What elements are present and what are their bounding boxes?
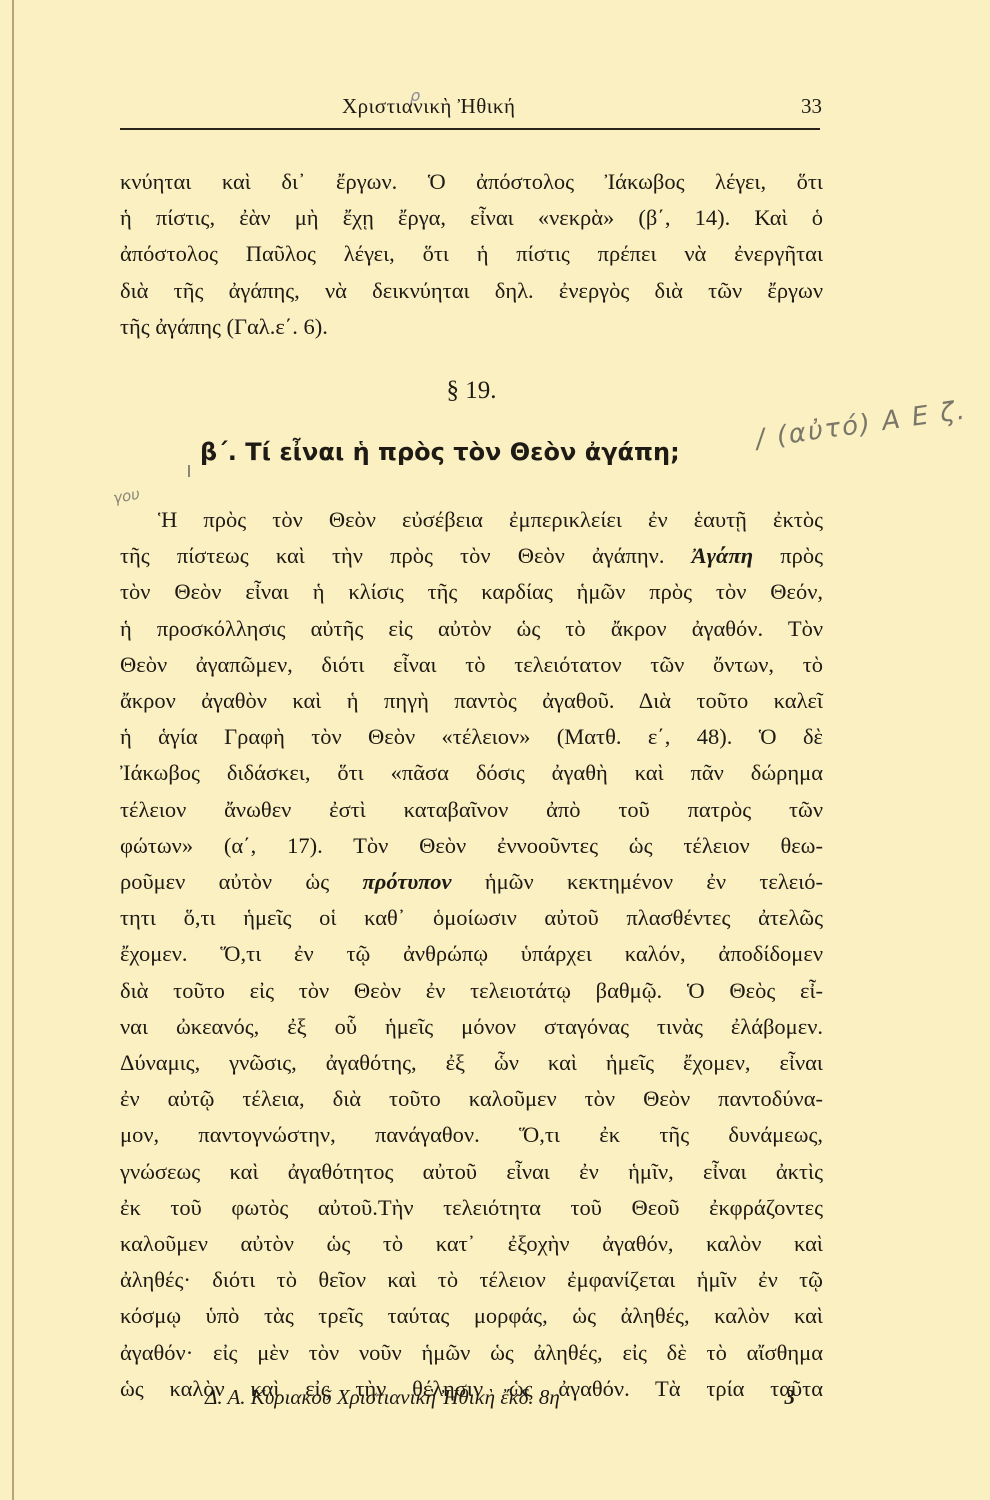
text-line: τέλειον ἄνωθεν ἐστὶ καταβαῖνον ἀπὸ τοῦ π…: [120, 792, 823, 828]
text-line: γνώσεως καὶ ἀγαθότητος αὐτοῦ εἶναι ἐν ἡμ…: [120, 1154, 823, 1190]
text-line: ἡ προσκόλλησις αὐτῆς εἰς αὐτὸν ὡς τὸ ἄκρ…: [120, 611, 823, 647]
text-line: μον, παντογνώστην, πανάγαθον. Ὅ,τι ἐκ τῆ…: [120, 1117, 823, 1153]
text-line: ἡ ἁγία Γραφὴ τὸν Θεὸν «τέλειον» (Ματθ. ε…: [120, 719, 823, 755]
page-number: 33: [801, 94, 822, 119]
text-line: τὸν Θεὸν εἶναι ἡ κλίσις τῆς καρδίας ἡμῶν…: [120, 574, 823, 610]
text-span: πρὸς: [753, 543, 823, 568]
text-line: τῆς πίστεως καὶ τὴν πρὸς τὸν Θεὸν ἀγάπην…: [120, 538, 823, 574]
text-line: διὰ τοῦτο εἰς τὸν Θεὸν ἐν τελειοτάτῳ βαθ…: [120, 973, 823, 1009]
text-line: ἀληθές· διότι τὸ θεῖον καὶ τὸ τέλειον ἐμ…: [120, 1262, 823, 1298]
text-span: ροῦμεν αὐτὸν ὡς: [120, 869, 362, 894]
text-line: διὰ τῆς ἀγάπης, νὰ δεικνύηται δηλ. ἐνεργ…: [120, 273, 823, 309]
text-line: τῆς ἀγάπης (Γαλ.ε΄. 6).: [120, 309, 823, 345]
text-line: ἄκρον ἀγαθὸν καὶ ἡ πηγὴ παντὸς ἀγαθοῦ. Δ…: [120, 683, 823, 719]
text-line: ναι ὠκεανός, ἐξ οὗ ἡμεῖς μόνον σταγόνας …: [120, 1009, 823, 1045]
running-title: Χριστιανικὴ Ἠθική: [342, 94, 516, 119]
text-line: κνύηται καὶ δι᾿ ἔργων. Ὁ ἀπόστολος Ἰάκωβ…: [120, 164, 823, 200]
text-line: τητι ὅ,τι ἡμεῖς οἱ καθ᾿ ὁμοίωσιν αὐτοῦ π…: [120, 900, 823, 936]
text-span: ἡμῶν κεκτημένον ἐν τελειό-: [451, 869, 823, 894]
emphasis-term-prototypon: πρότυπον: [362, 869, 451, 894]
text-line: καλοῦμεν αὐτὸν ὡς τὸ κατ᾿ ἐξοχὴν ἀγαθόν,…: [120, 1226, 823, 1262]
text-line: ἀπόστολος Παῦλος λέγει, ὅτι ἡ πίστις πρέ…: [120, 236, 823, 272]
paragraph-main: Ἡ πρὸς τὸν Θεὸν εὐσέβεια ἐμπερικλείει ἐν…: [120, 502, 823, 1407]
text-line: Ἰάκωβος διδάσκει, ὅτι «πᾶσα δόσις ἀγαθὴ …: [120, 755, 823, 791]
signature-mark: 3: [785, 1385, 796, 1410]
text-line: Θεὸν ἀγαπῶμεν, διότι εἶναι τὸ τελειότατο…: [120, 647, 823, 683]
text-line: φώτων» (α΄, 17). Τὸν Θεὸν ἐννοοῦντες ὡς …: [120, 828, 823, 864]
section-number: § 19.: [120, 377, 823, 405]
pencil-tick-mark: [188, 465, 190, 477]
text-line: ἔχομεν. Ὅ,τι ἐν τῷ ἀνθρώπῳ ὑπάρχει καλόν…: [120, 936, 823, 972]
text-line: ἀγαθόν· εἰς μὲν τὸν νοῦν ἡμῶν ὡς ἀληθές,…: [120, 1335, 823, 1371]
footer-imprint: Δ. Α. Κυριακοῦ Χριστιανικὴ Ἠθικὴ ἔκδ. 8η: [205, 1385, 560, 1409]
text-line: Δύναμις, γνῶσις, ἀγαθότης, ἐξ ὧν καὶ ἡμε…: [120, 1045, 823, 1081]
text-line: Ἡ πρὸς τὸν Θεὸν εὐσέβεια ἐμπερικλείει ἐν…: [120, 502, 823, 538]
text-line: ἡ πίστις, ἐὰν μὴ ἔχῃ ἔργα, εἶναι «νεκρὰ»…: [120, 200, 823, 236]
page-header: ρ Χριστιανικὴ Ἠθική 33: [120, 88, 820, 128]
page-binding-edge: [12, 0, 14, 1500]
page-footer: Δ. Α. Κυριακοῦ Χριστιανικὴ Ἠθικὴ ἔκδ. 8η…: [205, 1385, 795, 1410]
text-span: τῆς πίστεως καὶ τὴν πρὸς τὸν Θεὸν ἀγάπην…: [120, 543, 692, 568]
text-line: κόσμῳ ὑπὸ τὰς τρεῖς ταύτας μορφάς, ὡς ἀλ…: [120, 1298, 823, 1334]
text-line: ἐκ τοῦ φωτὸς αὐτοῦ.Τὴν τελειότητα τοῦ Θε…: [120, 1190, 823, 1226]
paragraph-continuation: κνύηται καὶ δι᾿ ἔργων. Ὁ ἀπόστολος Ἰάκωβ…: [120, 164, 823, 345]
emphasis-term-agape: Ἀγάπη: [692, 543, 753, 568]
text-line: ροῦμεν αὐτὸν ὡς πρότυπον ἡμῶν κεκτημένον…: [120, 864, 823, 900]
header-rule: [120, 128, 820, 130]
section-title: β΄. Τί εἶναι ἡ πρὸς τὸν Θεὸν ἀγάπη;: [200, 438, 680, 466]
text-line: ἐν αὐτῷ τέλεια, διὰ τοῦτο καλοῦμεν τὸν Θ…: [120, 1081, 823, 1117]
